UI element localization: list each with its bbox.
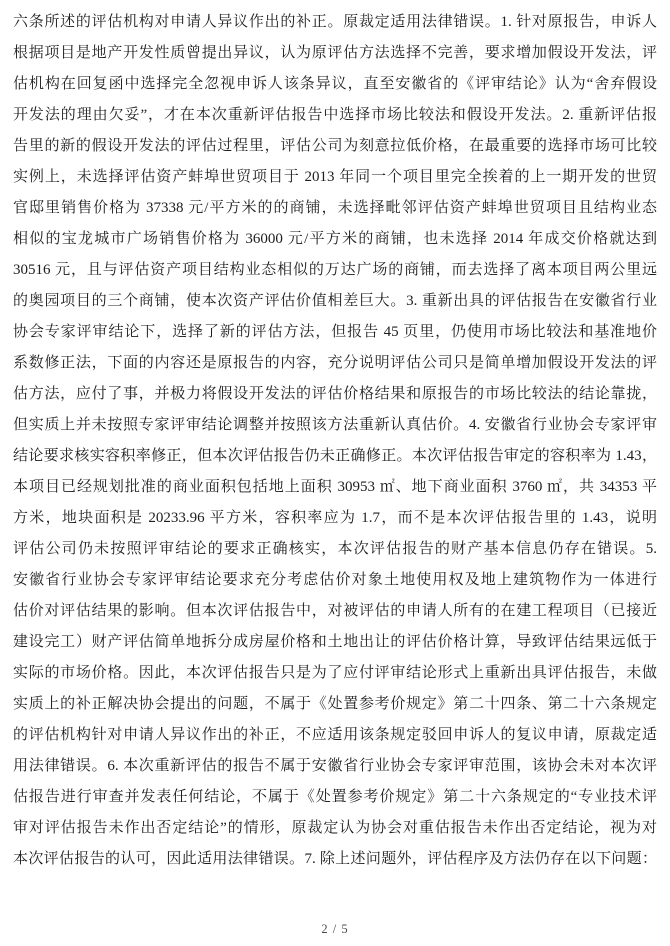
- text-line-12: 系数修正法，下面的内容还是原报告的内容，充分说明评估公司只是简单增加假设开发法的…: [13, 348, 657, 379]
- document-text-block: 六条所述的评估机构对申请人异议作出的补正。原裁定适用法律错误。1. 针对原报告，…: [13, 7, 657, 875]
- text-line-15: 结论要求核实容积率修正，但本次评估报告仍未正确修正。本次评估报告审定的容积率为 …: [13, 441, 657, 472]
- page-number: 2 / 5: [321, 922, 348, 936]
- text-line-28: 本次评估报告的认可，因此适用法律错误。7. 除上述问题外，评估程序及方法仍存在以…: [13, 844, 657, 875]
- text-line-7: 官邸里销售价格为 37338 元/平方米的的商铺，未选择毗邻评估资产蚌埠世贸项目…: [13, 193, 657, 224]
- text-line-13: 估方法，应付了事，并极力将假设开发法的评估价格结果和原报告的市场比较法的结论靠拢…: [13, 379, 657, 410]
- text-line-11: 协会专家评审结论下，选择了新的评估方法，但报告 45 页里，仍使用市场比较法和基…: [13, 317, 657, 348]
- page-footer: 2 / 5: [0, 922, 670, 937]
- text-line-19: 安徽省行业协会专家评审结论要求充分考虑估价对象土地使用权及地上建筑物作为一体进行: [13, 565, 657, 596]
- text-line-24: 的评估机构针对申请人异议作出的补正，不应适用该条规定驳回申诉人的复议申请，原裁定…: [13, 720, 657, 751]
- text-line-20: 估价对评估结果的影响。但本次评估报告中，对被评估的申请人所有的在建工程项目（已接…: [13, 596, 657, 627]
- text-line-26: 估报告进行审查并发表任何结论，不属于《处置参考价规定》第二十六条规定的“专业技术…: [13, 782, 657, 813]
- text-line-25: 用法律错误。6. 本次重新评估的报告不属于安徽省行业协会专家评审范围，该协会未对…: [13, 751, 657, 782]
- text-line-23: 实质上的补正解决协会提出的问题，不属于《处置参考价规定》第二十四条、第二十六条规…: [13, 689, 657, 720]
- text-line-17: 方米，地块面积是 20233.96 平方米，容积率应为 1.7，而不是本次评估报…: [13, 503, 657, 534]
- text-line-16: 本项目已经规划批准的商业面积包括地上面积 30953 ㎡、地下商业面积 3760…: [13, 472, 657, 503]
- text-line-9: 30516 元，且与评估资产项目结构业态相似的万达广场的商铺，而去选择了离本项目…: [13, 255, 657, 286]
- text-line-2: 根据项目是地产开发性质曾提出异议，认为原评估方法选择不完善，要求增加假设开发法，…: [13, 38, 657, 69]
- text-line-14: 但实质上并未按照专家评审结论调整并按照该方法重新认真估价。4. 安徽省行业协会专…: [13, 410, 657, 441]
- text-line-1: 六条所述的评估机构对申请人异议作出的补正。原裁定适用法律错误。1. 针对原报告，…: [13, 7, 657, 38]
- text-line-6: 实例上，未选择评估资产蚌埠世贸项目于 2013 年同一个项目里完全挨着的上一期开…: [13, 162, 657, 193]
- text-line-3: 估机构在回复函中选择完全忽视申诉人该条异议，直至安徽省的《评审结论》认为“舍弃假…: [13, 69, 657, 100]
- text-line-27: 审对评估报告未作出否定结论”的情形，原裁定认为协会对重估报告未作出否定结论，视为…: [13, 813, 657, 844]
- text-line-21: 建设完工）财产评估简单地拆分成房屋价格和土地出让的评估价格计算，导致评估结果远低…: [13, 627, 657, 658]
- text-line-4: 开发法的理由欠妥”，才在本次重新评估报告中选择市场比较法和假设开发法。2. 重新…: [13, 100, 657, 131]
- text-line-8: 相似的宝龙城市广场销售价格为 36000 元/平方米的商铺，也未选择 2014 …: [13, 224, 657, 255]
- document-page: 六条所述的评估机构对申请人异议作出的补正。原裁定适用法律错误。1. 针对原报告，…: [0, 0, 670, 946]
- text-line-10: 的奥园项目的三个商铺，使本次资产评估价值相差巨大。3. 重新出具的评估报告在安徽…: [13, 286, 657, 317]
- text-line-18: 评估公司仍未按照评审结论的要求正确核实，本次评估报告的财产基本信息仍存在错误。5…: [13, 534, 657, 565]
- text-line-5: 告里的新的假设开发法的评估过程里，评估公司为刻意拉低价格，在最重要的选择市场可比…: [13, 131, 657, 162]
- text-line-22: 实际的市场价格。因此，本次评估报告只是为了应付评审结论形式上重新出具评估报告，未…: [13, 658, 657, 689]
